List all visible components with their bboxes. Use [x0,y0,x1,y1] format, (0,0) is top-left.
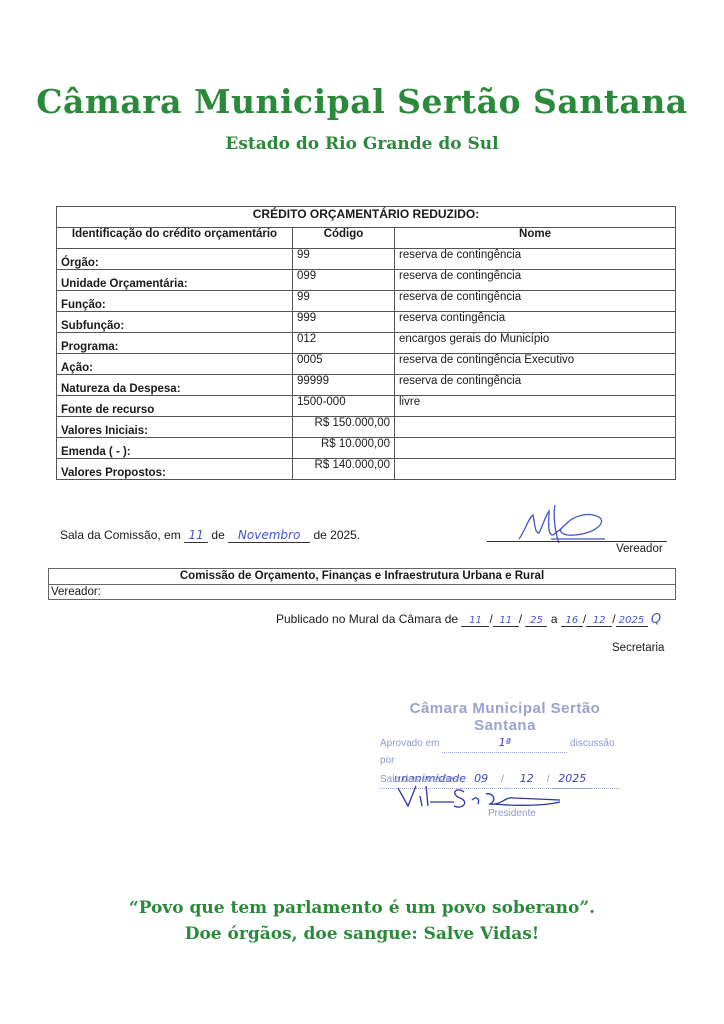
col-header-identificacao: Identificação do crédito orçamentário [57,228,293,249]
publicado-a: a [551,612,558,626]
row-code: 1500-000 [293,396,395,417]
footer-quote: “Povo que tem parlamento é um povo sober… [0,895,724,947]
row-label: Fonte de recurso [57,396,293,417]
col-header-codigo: Código [293,228,395,249]
publicado-from-month: 11 [493,615,519,627]
row-name: reserva de contingência [395,291,676,312]
chamber-title: Câmara Municipal Sertão Santana [0,82,724,121]
row-label: Órgão: [57,249,293,270]
publicado-to-month: 12 [586,615,612,627]
table-row: Fonte de recurso 1500-000 livre [57,396,676,417]
sala-comissao-line: Sala da Comissão, em 11 de Novembro de 2… [60,528,360,543]
quote-line-1: “Povo que tem parlamento é um povo sober… [0,895,724,921]
table-row: Ação: 0005 reserva de contingência Execu… [57,354,676,375]
credit-table: CRÉDITO ORÇAMENTÁRIO REDUZIDO: Identific… [56,206,676,480]
row-name: reserva contingência [395,312,676,333]
secretaria-label: Secretaria [612,642,664,654]
vereador-label: Vereador [616,543,663,555]
commission-box: Comissão de Orçamento, Finanças e Infrae… [48,568,676,600]
table-row: Unidade Orçamentária: 099 reserva de con… [57,270,676,291]
row-code: 099 [293,270,395,291]
table-row: Subfunção: 999 reserva contingência [57,312,676,333]
row-code: 999 [293,312,395,333]
empty-cell [395,417,676,438]
value-label: Valores Propostos: [57,459,293,480]
sala-month: Novembro [228,528,310,543]
publicado-line: Publicado no Mural da Câmara de 11/11/ 2… [276,612,661,627]
table-row: Órgão: 99 reserva de contingência [57,249,676,270]
table-row: Natureza da Despesa: 99999 reserva de co… [57,375,676,396]
publicado-prefix: Publicado no Mural da Câmara de [276,612,458,626]
sala-prefix: Sala da Comissão, em [60,528,181,542]
row-name: reserva de contingência [395,249,676,270]
row-name: livre [395,396,676,417]
empty-cell [395,438,676,459]
row-label: Ação: [57,354,293,375]
stamp-aprovado-value: 1ª [442,734,567,753]
row-label: Função: [57,291,293,312]
value-amount: R$ 140.000,00 [293,459,395,480]
stamp-discussao-label: discussão [570,738,614,749]
col-header-nome: Nome [395,228,676,249]
quote-line-2: Doe órgãos, doe sangue: Salve Vidas! [0,921,724,947]
commission-vereador-label: Vereador: [49,585,675,599]
row-code: 99999 [293,375,395,396]
row-code: 99 [293,249,395,270]
row-code: 99 [293,291,395,312]
vereador-signature [515,503,610,545]
row-label: Subfunção: [57,312,293,333]
row-name: reserva de contingência [395,270,676,291]
state-subtitle: Estado do Rio Grande do Sul [0,134,724,154]
value-row: Emenda ( - ): R$ 10.000,00 [57,438,676,459]
sala-de: de [211,528,224,542]
publicado-to-year: 2025 [616,615,648,627]
sala-suffix: de 2025. [313,528,360,542]
value-label: Valores Iniciais: [57,417,293,438]
row-code: 0005 [293,354,395,375]
table-caption: CRÉDITO ORÇAMENTÁRIO REDUZIDO: [57,207,676,228]
stamp-title: Câmara Municipal Sertão Santana [380,700,630,734]
publicado-to-day: 16 [561,615,583,627]
commission-title: Comissão de Orçamento, Finanças e Infrae… [49,569,675,585]
publicado-from-year: 25 [525,615,547,627]
row-code: 012 [293,333,395,354]
row-name: encargos gerais do Município [395,333,676,354]
value-row: Valores Iniciais: R$ 150.000,00 [57,417,676,438]
row-label: Programa: [57,333,293,354]
stamp-por-label: por [380,755,394,766]
value-label: Emenda ( - ): [57,438,293,459]
secretaria-initials: Q [651,612,661,627]
signature-line [487,541,667,542]
row-name: reserva de contingência Executivo [395,354,676,375]
row-name: reserva de contingência [395,375,676,396]
table-row: Programa: 012 encargos gerais do Municíp… [57,333,676,354]
stamp-aprovado-label: Aprovado em [380,738,439,749]
empty-cell [395,459,676,480]
value-amount: R$ 150.000,00 [293,417,395,438]
value-row: Valores Propostos: R$ 140.000,00 [57,459,676,480]
approval-stamp: Câmara Municipal Sertão Santana Aprovado… [380,700,630,819]
publicado-from-day: 11 [461,615,489,627]
row-label: Natureza da Despesa: [57,375,293,396]
row-label: Unidade Orçamentária: [57,270,293,291]
table-row: Função: 99 reserva de contingência [57,291,676,312]
sala-day: 11 [184,528,208,543]
presidente-signature [394,782,564,812]
value-amount: R$ 10.000,00 [293,438,395,459]
